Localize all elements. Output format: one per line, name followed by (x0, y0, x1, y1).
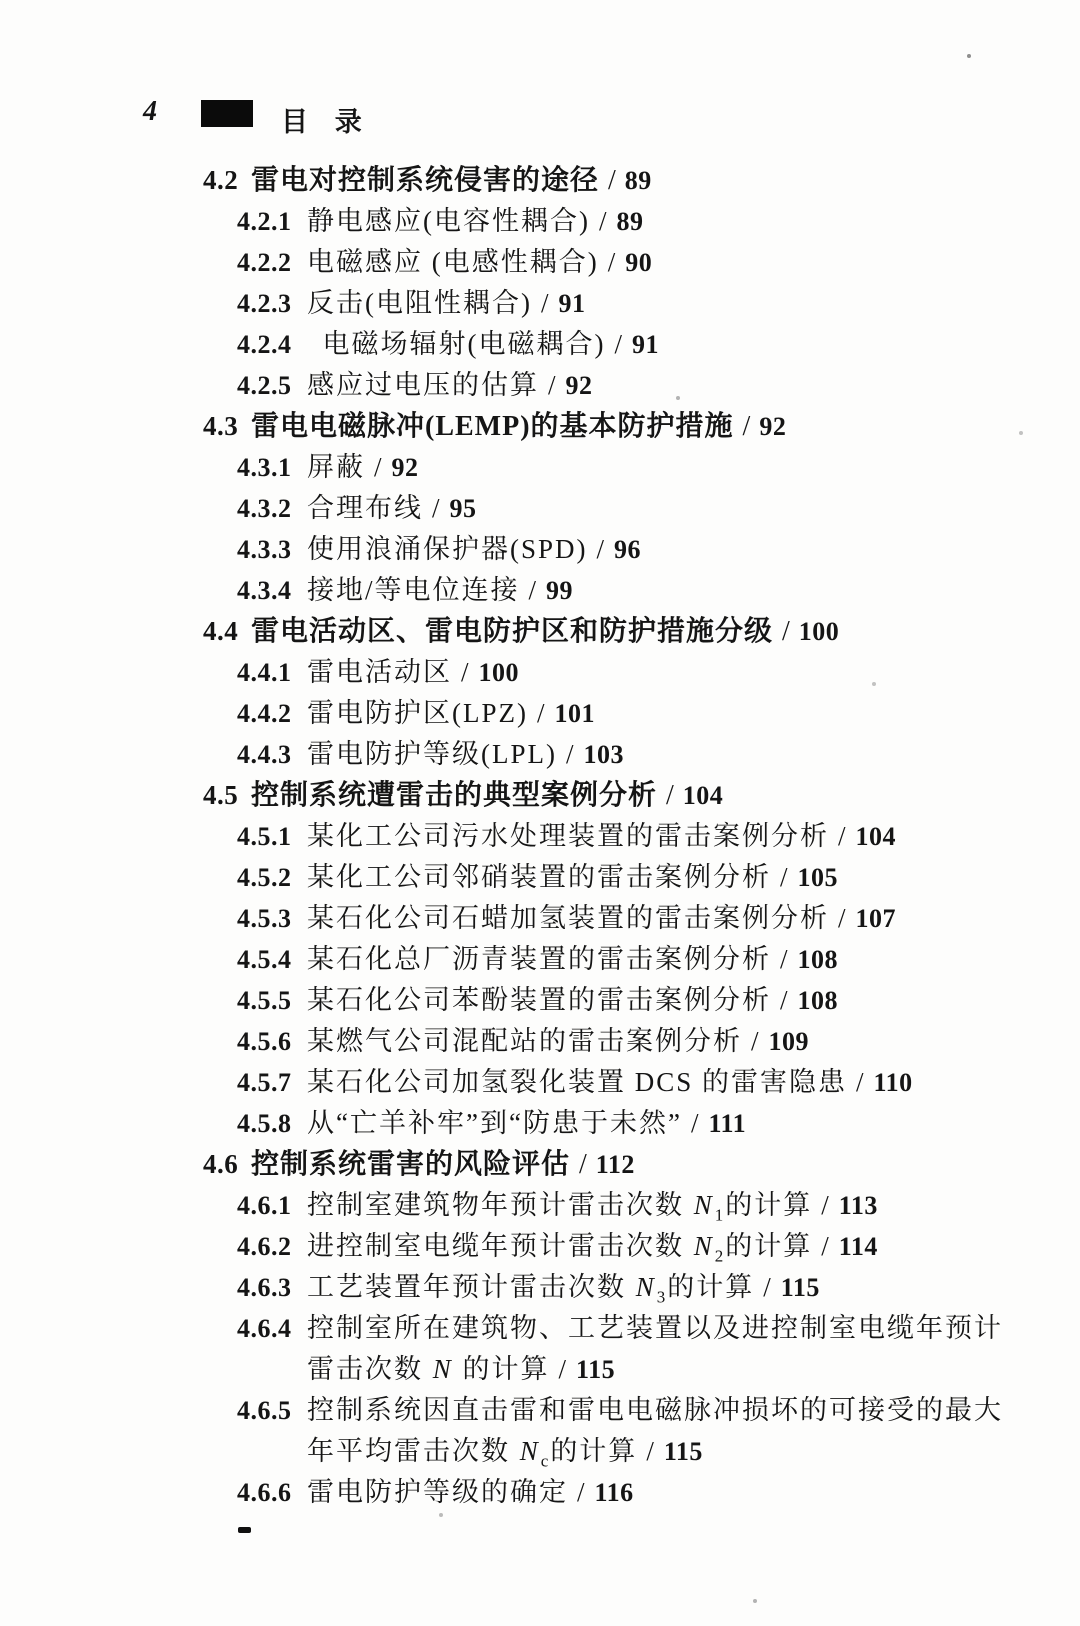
toc-entry: 4.2雷电对控制系统侵害的途径/89 (203, 160, 1003, 201)
page-separator: / (608, 165, 617, 196)
entry-title: 某石化公司苯酚装置的雷击案例分析/108 (307, 980, 1003, 1021)
entry-number: 4.5.1 (237, 816, 307, 857)
entry-page: 92 (392, 453, 419, 482)
entry-page: 112 (596, 1150, 635, 1179)
page-separator: / (743, 411, 752, 442)
entry-title: 某燃气公司混配站的雷击案例分析/109 (307, 1021, 1003, 1062)
entry-number: 4.5.6 (237, 1021, 307, 1062)
scan-speck (872, 682, 876, 686)
entry-title: 静电感应(电容性耦合)/89 (307, 201, 1003, 242)
math-subscript: 1 (715, 1205, 726, 1224)
page-separator: / (780, 985, 790, 1015)
toc-entry: 4.5.2某化工公司邻硝装置的雷击案例分析/105 (237, 857, 1003, 898)
entry-page: 115 (664, 1437, 703, 1466)
entry-page: 114 (839, 1232, 878, 1261)
toc-header-title: 目 录 (281, 100, 364, 139)
page-separator: / (856, 1067, 866, 1097)
entry-number: 4.4.1 (237, 652, 307, 693)
toc-entry: 4.6.3工艺装置年预计雷击次数 N3的计算/115 (237, 1267, 1003, 1308)
page-separator: / (763, 1272, 773, 1302)
page-separator: / (838, 821, 848, 851)
toc-entry: 4.4.2雷电防护区(LPZ)/101 (237, 693, 1003, 734)
scan-speck (753, 1599, 757, 1603)
math-variable: N (693, 1190, 715, 1220)
page-separator: / (566, 739, 576, 769)
toc-entry: 4.3雷电电磁脉冲(LEMP)的基本防护措施/92 (203, 406, 1003, 447)
page-separator: / (691, 1108, 701, 1138)
scan-speck (967, 54, 971, 58)
math-variable: N (693, 1231, 715, 1261)
entry-page: 104 (856, 822, 897, 851)
entry-number: 4.2.5 (237, 365, 307, 406)
entry-number: 4.5.7 (237, 1062, 307, 1103)
entry-title: 控制室建筑物年预计雷击次数 N1的计算/113 (307, 1185, 1003, 1226)
page-separator: / (780, 862, 790, 892)
entry-title: 雷电电磁脉冲(LEMP)的基本防护措施/92 (251, 406, 1003, 447)
toc-entry: 4.2.3反击(电阻性耦合)/91 (237, 283, 1003, 324)
entry-page: 109 (769, 1027, 810, 1056)
entry-number: 4.5.4 (237, 939, 307, 980)
toc-entry: 4.5控制系统遭雷击的典型案例分析/104 (203, 775, 1003, 816)
page-separator: / (608, 247, 618, 277)
math-subscript: 2 (715, 1246, 726, 1265)
entry-page: 110 (874, 1068, 913, 1097)
math-variable: N (519, 1436, 541, 1466)
entry-page: 89 (625, 166, 652, 195)
entry-title: 某石化公司加氢裂化装置 DCS 的雷害隐患/110 (307, 1062, 1003, 1103)
entry-page: 95 (450, 494, 477, 523)
scan-speck (1019, 431, 1023, 435)
entry-number: 4.6.3 (237, 1267, 307, 1308)
entry-title: 从“亡羊补牢”到“防患于未然”/111 (307, 1103, 1003, 1144)
toc-entry: 4.5.3某石化公司石蜡加氢装置的雷击案例分析/107 (237, 898, 1003, 939)
entry-page: 111 (708, 1109, 746, 1138)
toc-entry: 4.3.2合理布线/95 (237, 488, 1003, 529)
entry-title: 某石化总厂沥青装置的雷击案例分析/108 (307, 939, 1003, 980)
toc-entry: 4.5.7某石化公司加氢裂化装置 DCS 的雷害隐患/110 (237, 1062, 1003, 1103)
entry-page: 96 (614, 535, 641, 564)
entry-title: 屏蔽/92 (307, 447, 1003, 488)
entry-page: 91 (559, 289, 586, 318)
entry-page: 101 (555, 699, 596, 728)
entry-number: 4.2.1 (237, 201, 307, 242)
entry-page: 105 (798, 863, 839, 892)
toc-entry: 4.5.8从“亡羊补牢”到“防患于未然”/111 (237, 1103, 1003, 1144)
entry-page: 103 (584, 740, 625, 769)
entry-page: 99 (546, 576, 573, 605)
page-separator: / (529, 575, 539, 605)
math-subscript: 3 (657, 1287, 668, 1306)
toc-entry: 4.4雷电活动区、雷电防护区和防护措施分级/100 (203, 611, 1003, 652)
entry-page: 108 (798, 945, 839, 974)
entry-title: 雷电活动区、雷电防护区和防护措施分级/100 (251, 611, 1003, 652)
toc-entry: 4.6控制系统雷害的风险评估/112 (203, 1144, 1003, 1185)
page-separator: / (821, 1231, 831, 1261)
entry-number: 4.6.6 (237, 1472, 307, 1513)
entry-title: 电磁感应 (电感性耦合)/90 (307, 242, 1003, 283)
entry-title: 雷电防护等级(LPL)/103 (307, 734, 1003, 775)
entry-number: 4.6.1 (237, 1185, 307, 1226)
entry-title: 雷电防护等级的确定/116 (307, 1472, 1003, 1513)
scan-dash-mark (238, 1527, 251, 1533)
math-subscript: c (541, 1451, 551, 1470)
toc-list: 4.2雷电对控制系统侵害的途径/894.2.1静电感应(电容性耦合)/894.2… (203, 160, 1003, 1513)
toc-entry: 4.2.2电磁感应 (电感性耦合)/90 (237, 242, 1003, 283)
entry-title: 使用浪涌保护器(SPD)/96 (307, 529, 1003, 570)
page-separator: / (541, 288, 551, 318)
entry-title: 某石化公司石蜡加氢装置的雷击案例分析/107 (307, 898, 1003, 939)
page-separator: / (374, 452, 384, 482)
entry-title: 接地/等电位连接/99 (307, 570, 1003, 611)
scan-speck (439, 1513, 443, 1517)
page-separator: / (838, 903, 848, 933)
entry-number: 4.3.4 (237, 570, 307, 611)
page-separator: / (548, 370, 558, 400)
entry-page: 90 (625, 248, 652, 277)
entry-page: 115 (576, 1355, 615, 1384)
entry-number: 4.2.3 (237, 283, 307, 324)
entry-number: 4.5 (203, 775, 251, 816)
entry-page: 115 (781, 1273, 820, 1302)
toc-entry: 4.4.1雷电活动区/100 (237, 652, 1003, 693)
entry-title: 某化工公司污水处理装置的雷击案例分析/104 (307, 816, 1003, 857)
entry-number: 4.3.1 (237, 447, 307, 488)
page-separator: / (614, 329, 624, 359)
running-head: 4 目 录 (0, 94, 1080, 134)
page-separator: / (646, 1436, 656, 1466)
entry-page: 91 (632, 330, 659, 359)
entry-number: 4.6 (203, 1144, 251, 1185)
entry-number: 4.5.8 (237, 1103, 307, 1144)
toc-entry: 4.3.1屏蔽/92 (237, 447, 1003, 488)
entry-page: 108 (798, 986, 839, 1015)
entry-title: 雷电对控制系统侵害的途径/89 (251, 160, 1003, 201)
entry-page: 113 (839, 1191, 878, 1220)
entry-number: 4.6.5 (237, 1390, 307, 1431)
math-variable: N (432, 1354, 454, 1384)
entry-number: 4.4 (203, 611, 251, 652)
math-variable: N (635, 1272, 657, 1302)
entry-title: 雷电活动区/100 (307, 652, 1003, 693)
entry-page: 100 (799, 617, 840, 646)
entry-page: 92 (566, 371, 593, 400)
entry-number: 4.5.3 (237, 898, 307, 939)
entry-page: 116 (595, 1478, 634, 1507)
toc-entry: 4.6.4控制室所在建筑物、工艺装置以及进控制室电缆年预计雷击次数 N 的计算/… (237, 1308, 1003, 1390)
entry-page: 107 (856, 904, 897, 933)
page-separator: / (782, 616, 791, 647)
page-separator: / (599, 206, 609, 236)
toc-entry: 4.2.4 电磁场辐射(电磁耦合)/91 (237, 324, 1003, 365)
scan-speck (676, 396, 680, 400)
entry-title: 控制系统遭雷击的典型案例分析/104 (251, 775, 1003, 816)
entry-number: 4.2 (203, 160, 251, 201)
entry-number: 4.4.3 (237, 734, 307, 775)
page-folio-number: 4 (143, 96, 157, 128)
toc-entry: 4.6.1控制室建筑物年预计雷击次数 N1的计算/113 (237, 1185, 1003, 1226)
toc-entry: 4.6.2进控制室电缆年预计雷击次数 N2的计算/114 (237, 1226, 1003, 1267)
toc-entry: 4.5.6某燃气公司混配站的雷击案例分析/109 (237, 1021, 1003, 1062)
entry-title: 控制系统因直击雷和雷电电磁脉冲损坏的可接受的最大年平均雷击次数 Nc的计算/11… (307, 1390, 1003, 1472)
scanned-toc-page: 4 目 录 4.2雷电对控制系统侵害的途径/894.2.1静电感应(电容性耦合)… (0, 0, 1080, 1626)
entry-number: 4.6.2 (237, 1226, 307, 1267)
entry-number: 4.3.3 (237, 529, 307, 570)
redacted-logo-bar (201, 100, 253, 127)
toc-entry: 4.5.1某化工公司污水处理装置的雷击案例分析/104 (237, 816, 1003, 857)
page-separator: / (461, 657, 471, 687)
toc-entry: 4.2.1静电感应(电容性耦合)/89 (237, 201, 1003, 242)
entry-page: 104 (683, 781, 724, 810)
entry-title: 感应过电压的估算/92 (307, 365, 1003, 406)
entry-title: 雷电防护区(LPZ)/101 (307, 693, 1003, 734)
page-separator: / (559, 1354, 569, 1384)
entry-page: 89 (617, 207, 644, 236)
entry-title: 合理布线/95 (307, 488, 1003, 529)
page-separator: / (432, 493, 442, 523)
entry-page: 92 (759, 412, 786, 441)
entry-number: 4.6.4 (237, 1308, 307, 1349)
entry-title: 工艺装置年预计雷击次数 N3的计算/115 (307, 1267, 1003, 1308)
toc-entry: 4.3.4接地/等电位连接/99 (237, 570, 1003, 611)
entry-number: 4.4.2 (237, 693, 307, 734)
entry-title: 进控制室电缆年预计雷击次数 N2的计算/114 (307, 1226, 1003, 1267)
toc-entry: 4.3.3使用浪涌保护器(SPD)/96 (237, 529, 1003, 570)
page-separator: / (577, 1477, 587, 1507)
page-separator: / (597, 534, 607, 564)
entry-number: 4.3 (203, 406, 251, 447)
page-separator: / (821, 1190, 831, 1220)
toc-entry: 4.5.4某石化总厂沥青装置的雷击案例分析/108 (237, 939, 1003, 980)
page-separator: / (537, 698, 547, 728)
page-separator: / (751, 1026, 761, 1056)
entry-title: 电磁场辐射(电磁耦合)/91 (307, 324, 1003, 365)
entry-number: 4.2.2 (237, 242, 307, 283)
entry-title: 某化工公司邻硝装置的雷击案例分析/105 (307, 857, 1003, 898)
page-separator: / (780, 944, 790, 974)
entry-number: 4.5.2 (237, 857, 307, 898)
entry-title: 反击(电阻性耦合)/91 (307, 283, 1003, 324)
toc-entry: 4.2.5感应过电压的估算/92 (237, 365, 1003, 406)
entry-number: 4.2.4 (237, 324, 307, 365)
toc-entry: 4.6.5控制系统因直击雷和雷电电磁脉冲损坏的可接受的最大年平均雷击次数 Nc的… (237, 1390, 1003, 1472)
page-separator: / (666, 780, 675, 811)
entry-number: 4.3.2 (237, 488, 307, 529)
toc-entry: 4.6.6雷电防护等级的确定/116 (237, 1472, 1003, 1513)
entry-page: 100 (479, 658, 520, 687)
toc-entry: 4.4.3雷电防护等级(LPL)/103 (237, 734, 1003, 775)
entry-title: 控制室所在建筑物、工艺装置以及进控制室电缆年预计雷击次数 N 的计算/115 (307, 1308, 1003, 1390)
toc-entry: 4.5.5某石化公司苯酚装置的雷击案例分析/108 (237, 980, 1003, 1021)
entry-title: 控制系统雷害的风险评估/112 (251, 1144, 1003, 1185)
page-separator: / (579, 1149, 588, 1180)
entry-number: 4.5.5 (237, 980, 307, 1021)
